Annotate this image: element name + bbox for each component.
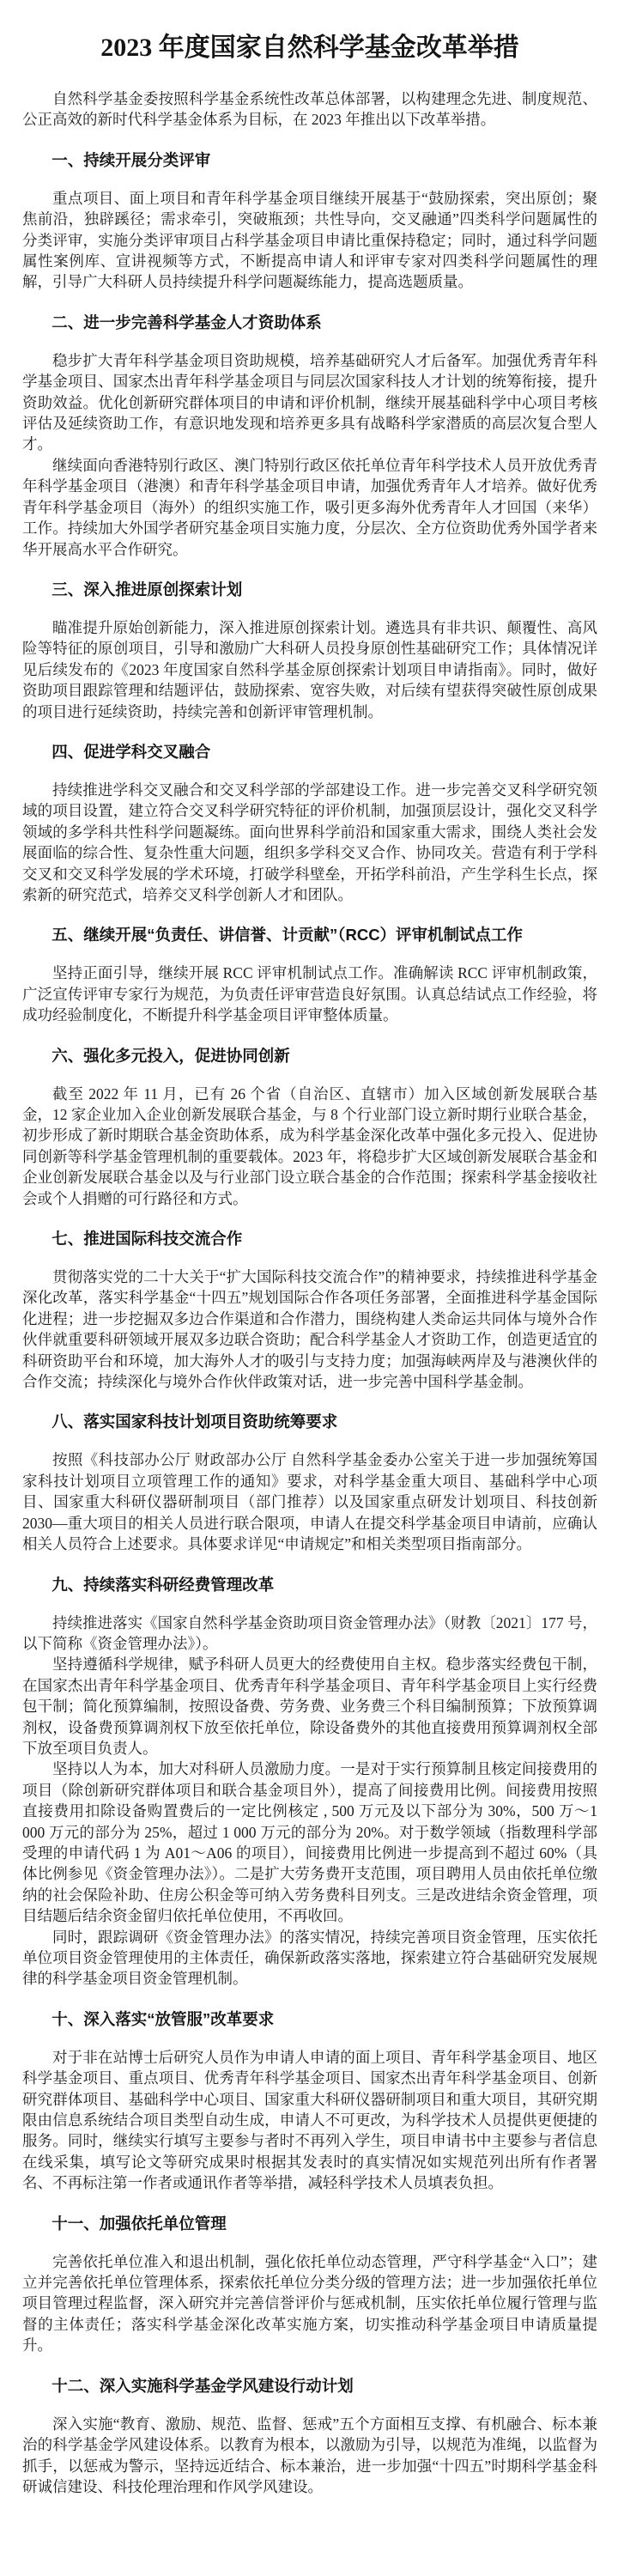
document-section: 十一、加强依托单位管理 完善依托单位准入和退出机制，强化依托单位动态管理，严守科… [22,2213,597,2356]
section-paragraphs: 稳步扩大青年科学基金项目资助规模，培养基础研究人才后备军。加强优秀青年科学基金项… [22,350,597,560]
section-paragraphs: 持续推进学科交叉融合和交叉科学部的学部建设工作。进一步完善交叉科学研究领域的项目… [22,780,597,905]
paragraph: 深入实施“教育、激励、规范、监督、惩戒”五个方面相互支撑、有机融合、标本兼治的科… [22,2414,597,2498]
paragraph: 瞄准提升原始创新能力，深入推进原创探索计划。遴选具有非共识、颠覆性、高风险等特征… [22,617,597,722]
document-section: 十、深入落实“放管服”改革要求 对于非在站博士后研究人员作为申请人申请的面上项目… [22,2008,597,2194]
document-page: 2023 年度国家自然科学基金改革举措 自然科学基金委按照科学基金系统性改革总体… [0,0,618,2497]
paragraph: 坚持正面引导，继续开展 RCC 评审机制试点工作。准确解读 RCC 评审机制政策… [22,963,597,1025]
paragraph: 按照《科技部办公厅 财政部办公厅 自然科学基金委办公室关于进一步加强统筹国家科技… [22,1449,597,1554]
sections: 一、持续开展分类评审 重点项目、面上项目和青年科学基金项目继续开展基于“鼓励探索… [22,149,597,2498]
document-section: 六、强化多元投入，促进协同创新 截至 2022 年 11 月，已有 26 个省（… [22,1045,597,1209]
paragraph: 对于非在站博士后研究人员作为申请人申请的面上项目、青年科学基金项目、地区科学基金… [22,2047,597,2194]
section-paragraphs: 深入实施“教育、激励、规范、监督、惩戒”五个方面相互支撑、有机融合、标本兼治的科… [22,2414,597,2498]
document-section: 十二、深入实施科学基金学风建设行动计划 深入实施“教育、激励、规范、监督、惩戒”… [22,2375,597,2498]
section-heading: 十一、加强依托单位管理 [22,2213,597,2234]
section-heading: 三、深入推进原创探索计划 [22,579,597,600]
document-section: 二、进一步完善科学基金人才资助体系 稳步扩大青年科学基金项目资助规模，培养基础研… [22,312,597,560]
section-paragraphs: 贯彻落实党的二十大关于“扩大国际科技交流合作”的精神要求，持续推进科学基金深化改… [22,1267,597,1392]
section-heading: 八、落实国家科技计划项目资助统筹要求 [22,1411,597,1432]
paragraph: 持续推进学科交叉融合和交叉科学部的学部建设工作。进一步完善交叉科学研究领域的项目… [22,780,597,905]
section-heading: 一、持续开展分类评审 [22,149,597,171]
paragraph: 稳步扩大青年科学基金项目资助规模，培养基础研究人才后备军。加强优秀青年科学基金项… [22,350,597,455]
document-title: 2023 年度国家自然科学基金改革举措 [22,31,597,65]
paragraph: 坚持遵循科学规律，赋予科研人员更大的经费使用自主权。稳步落实经费包干制，在国家杰… [22,1654,597,1759]
document-section: 七、推进国际科技交流合作 贯彻落实党的二十大关于“扩大国际科技交流合作”的精神要… [22,1228,597,1392]
section-heading: 七、推进国际科技交流合作 [22,1228,597,1249]
document-section: 一、持续开展分类评审 重点项目、面上项目和青年科学基金项目继续开展基于“鼓励探索… [22,149,597,293]
section-paragraphs: 对于非在站博士后研究人员作为申请人申请的面上项目、青年科学基金项目、地区科学基金… [22,2047,597,2194]
intro-paragraph: 自然科学基金委按照科学基金系统性改革总体部署，以构建理念先进、制度规范、公正高效… [22,88,597,131]
document-section: 五、继续开展“负责任、讲信誉、计贡献”（RCC）评审机制试点工作 坚持正面引导，… [22,924,597,1025]
paragraph: 重点项目、面上项目和青年科学基金项目继续开展基于“鼓励探索，突出原创；聚焦前沿，… [22,188,597,293]
section-heading: 四、促进学科交叉融合 [22,741,597,762]
section-heading: 九、持续落实科研经费管理改革 [22,1574,597,1595]
section-paragraphs: 持续推进落实《国家自然科学基金资助项目资金管理办法》（财教〔2021〕177 号… [22,1613,597,1990]
section-heading: 五、继续开展“负责任、讲信誉、计贡献”（RCC）评审机制试点工作 [22,924,597,945]
paragraph: 继续面向香港特别行政区、澳门特别行政区依托单位青年科学技术人员开放优秀青年科学基… [22,455,597,560]
document-section: 八、落实国家科技计划项目资助统筹要求 按照《科技部办公厅 财政部办公厅 自然科学… [22,1411,597,1554]
section-paragraphs: 截至 2022 年 11 月，已有 26 个省（自治区、直辖市）加入区域创新发展… [22,1084,597,1209]
section-paragraphs: 重点项目、面上项目和青年科学基金项目继续开展基于“鼓励探索，突出原创；聚焦前沿，… [22,188,597,293]
document-section: 九、持续落实科研经费管理改革 持续推进落实《国家自然科学基金资助项目资金管理办法… [22,1574,597,1990]
section-paragraphs: 按照《科技部办公厅 财政部办公厅 自然科学基金委办公室关于进一步加强统筹国家科技… [22,1449,597,1554]
paragraph: 贯彻落实党的二十大关于“扩大国际科技交流合作”的精神要求，持续推进科学基金深化改… [22,1267,597,1392]
section-heading: 十二、深入实施科学基金学风建设行动计划 [22,2375,597,2397]
section-heading: 二、进一步完善科学基金人才资助体系 [22,312,597,333]
paragraph: 坚持以人为本，加大对科研人员激励力度。一是对于实行预算制且核定间接费用的项目（除… [22,1759,597,1926]
section-heading: 六、强化多元投入，促进协同创新 [22,1045,597,1066]
section-heading: 十、深入落实“放管服”改革要求 [22,2008,597,2030]
section-paragraphs: 完善依托单位准入和退出机制，强化依托单位动态管理，严守科学基金“入口”；建立并完… [22,2251,597,2356]
paragraph: 持续推进落实《国家自然科学基金资助项目资金管理办法》（财教〔2021〕177 号… [22,1613,597,1655]
paragraph: 同时，跟踪调研《资金管理办法》的落实情况，持续完善项目资金管理，压实依托单位项目… [22,1927,597,1990]
section-paragraphs: 瞄准提升原始创新能力，深入推进原创探索计划。遴选具有非共识、颠覆性、高风险等特征… [22,617,597,722]
paragraph: 完善依托单位准入和退出机制，强化依托单位动态管理，严守科学基金“入口”；建立并完… [22,2251,597,2356]
paragraph: 截至 2022 年 11 月，已有 26 个省（自治区、直辖市）加入区域创新发展… [22,1084,597,1209]
document-section: 三、深入推进原创探索计划 瞄准提升原始创新能力，深入推进原创探索计划。遴选具有非… [22,579,597,722]
section-paragraphs: 坚持正面引导，继续开展 RCC 评审机制试点工作。准确解读 RCC 评审机制政策… [22,963,597,1025]
document-section: 四、促进学科交叉融合 持续推进学科交叉融合和交叉科学部的学部建设工作。进一步完善… [22,741,597,905]
